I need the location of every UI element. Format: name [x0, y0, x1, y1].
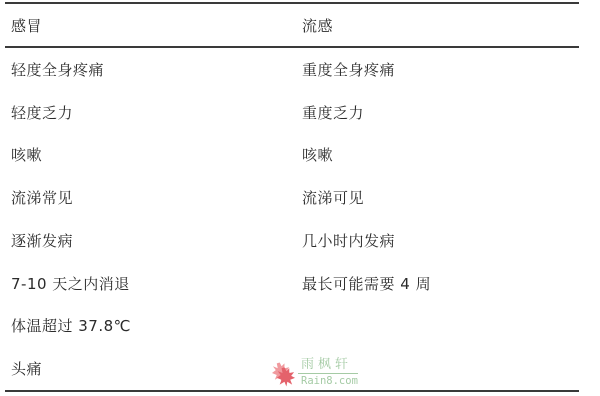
document-page: 感冒 流感 轻度全身疼痛 重度全身疼痛 轻度乏力 重度乏力 咳嗽 咳嗽 流涕常见… — [0, 0, 600, 396]
cell-cold: 流涕常见 — [5, 187, 302, 208]
watermark-site-url: Rain8.com — [298, 374, 358, 387]
cell-flu: 咳嗽 — [302, 144, 579, 165]
cell-cold: 逐渐发病 — [5, 230, 302, 251]
maple-leaf-icon — [271, 360, 296, 388]
site-watermark: 雨枫轩 Rain8.com — [271, 357, 358, 388]
table-row: 流涕常见 流涕可见 — [5, 176, 579, 219]
column-header-cold: 感冒 — [5, 15, 302, 36]
cell-cold: 咳嗽 — [5, 144, 302, 165]
cell-cold: 轻度乏力 — [5, 102, 302, 123]
cell-flu: 流涕可见 — [302, 187, 579, 208]
cell-cold: 头痛 — [5, 358, 302, 379]
table-row: 逐渐发病 几小时内发病 — [5, 219, 579, 262]
table-row: 轻度乏力 重度乏力 — [5, 91, 579, 134]
table-header-row: 感冒 流感 — [5, 4, 579, 48]
table-row: 咳嗽 咳嗽 — [5, 134, 579, 177]
cell-cold: 体温超过 37.8℃ — [5, 315, 302, 336]
cold-vs-flu-table: 感冒 流感 轻度全身疼痛 重度全身疼痛 轻度乏力 重度乏力 咳嗽 咳嗽 流涕常见… — [5, 2, 579, 392]
cell-flu: 重度全身疼痛 — [302, 59, 579, 80]
table-row: 体温超过 37.8℃ — [5, 305, 579, 348]
cell-flu: 最长可能需要 4 周 — [302, 273, 579, 294]
cell-cold: 7-10 天之内消退 — [5, 273, 302, 294]
cell-flu: 重度乏力 — [302, 102, 579, 123]
watermark-site-name: 雨枫轩 — [298, 357, 358, 374]
table-row: 轻度全身疼痛 重度全身疼痛 — [5, 48, 579, 91]
column-header-flu: 流感 — [302, 15, 579, 36]
cell-flu: 几小时内发病 — [302, 230, 579, 251]
table-row: 7-10 天之内消退 最长可能需要 4 周 — [5, 262, 579, 305]
cell-cold: 轻度全身疼痛 — [5, 59, 302, 80]
watermark-text: 雨枫轩 Rain8.com — [298, 357, 358, 387]
